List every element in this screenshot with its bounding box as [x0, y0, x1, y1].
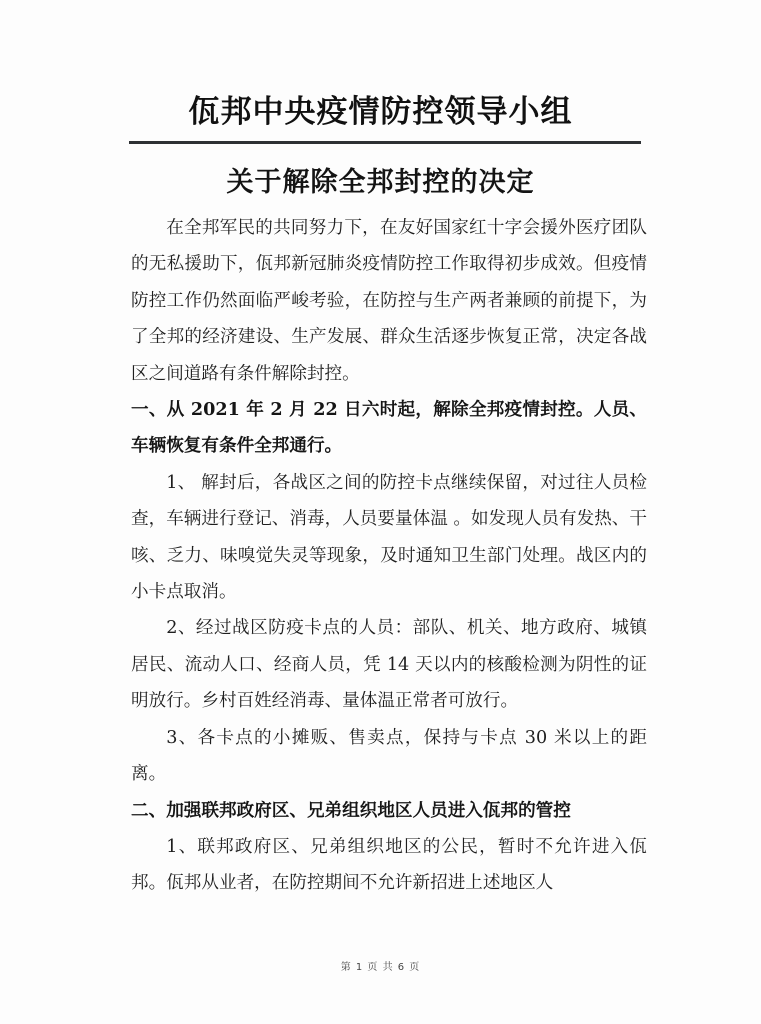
- section-one-heading: 一、从 2021 年 2 月 22 日六时起，解除全邦疫情封控。人员、车辆恢复有…: [131, 392, 647, 465]
- intro-paragraph: 在全邦军民的共同努力下，在友好国家红十字会援外医疗团队的无私援助下，佤邦新冠肺炎…: [131, 210, 647, 392]
- document-title: 关于解除全邦封控的决定: [0, 160, 761, 199]
- organization-title: 佤邦中央疫情防控领导小组: [0, 86, 761, 131]
- section-two-heading: 二、加强联邦政府区、兄弟组织地区人员进入佤邦的管控: [131, 793, 647, 829]
- section-one-item-1: 1、 解封后，各战区之间的防控卡点继续保留，对过往人员检查，车辆进行登记、消毒，…: [131, 465, 647, 611]
- section-two-item-1: 1、联邦政府区、兄弟组织地区的公民，暂时不允许进入佤邦。佤邦从业者，在防控期间不…: [131, 829, 647, 902]
- page-number-footer: 第 1 页 共 6 页: [0, 958, 761, 973]
- document-body: 在全邦军民的共同努力下，在友好国家红十字会援外医疗团队的无私援助下，佤邦新冠肺炎…: [131, 210, 647, 902]
- section-one-item-3: 3、各卡点的小摊贩、售卖点，保持与卡点 30 米以上的距离。: [131, 720, 647, 793]
- header-divider-rule: [129, 141, 641, 144]
- document-page: 佤邦中央疫情防控领导小组 关于解除全邦封控的决定 在全邦军民的共同努力下，在友好…: [0, 0, 761, 1024]
- section-one-item-2: 2、经过战区防疫卡点的人员：部队、机关、地方政府、城镇居民、流动人口、经商人员，…: [131, 610, 647, 719]
